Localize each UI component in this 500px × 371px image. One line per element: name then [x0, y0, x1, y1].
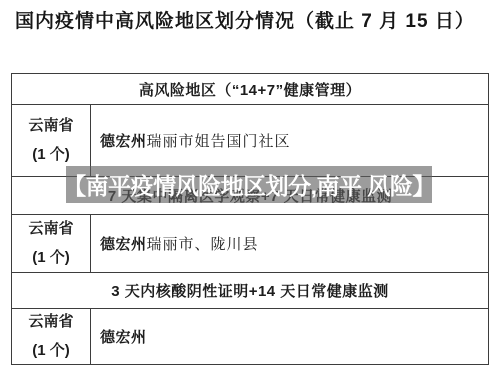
province-count: (1 个) [32, 337, 70, 366]
province-name: 云南省 [28, 308, 73, 337]
area-detail: 瑞丽市、陇川县 [147, 233, 259, 254]
area-prefix: 德宏州 [100, 130, 147, 151]
province-cell: 云南省 (1 个) [12, 215, 91, 272]
table-row-province-3: 云南省 (1 个) 德宏州 [12, 309, 488, 364]
area-detail-cell: 德宏州 [91, 309, 488, 364]
watermark-overlay: 【南平疫情风险地区划分,南平 风险】 [66, 166, 432, 203]
area-prefix: 德宏州 [100, 233, 147, 254]
table-header-high-risk: 高风险地区（“14+7”健康管理） [12, 74, 488, 105]
area-detail-cell: 德宏州瑞丽市、陇川县 [91, 215, 488, 272]
province-name: 云南省 [28, 215, 73, 244]
province-name: 云南省 [28, 112, 73, 141]
province-count: (1 个) [32, 244, 70, 273]
province-count: (1 个) [32, 141, 70, 170]
requirement-text: 3 天内核酸阴性证明+14 天日常健康监测 [111, 280, 389, 301]
table-header-label: 高风险地区（“14+7”健康管理） [139, 79, 361, 100]
page-title: 国内疫情中高风险地区划分情况（截止 7 月 15 日） [15, 6, 493, 33]
province-cell: 云南省 (1 个) [12, 309, 91, 364]
table-row-province-2: 云南省 (1 个) 德宏州瑞丽市、陇川县 [12, 215, 488, 273]
risk-area-table: 高风险地区（“14+7”健康管理） 云南省 (1 个) 德宏州瑞丽市姐告国门社区… [11, 73, 489, 365]
watermark-text: 【南平疫情风险地区划分,南平 风险】 [63, 168, 435, 201]
table-row-requirement-2: 3 天内核酸阴性证明+14 天日常健康监测 [12, 273, 488, 309]
area-prefix: 德宏州 [100, 326, 147, 347]
area-detail: 瑞丽市姐告国门社区 [147, 130, 291, 151]
